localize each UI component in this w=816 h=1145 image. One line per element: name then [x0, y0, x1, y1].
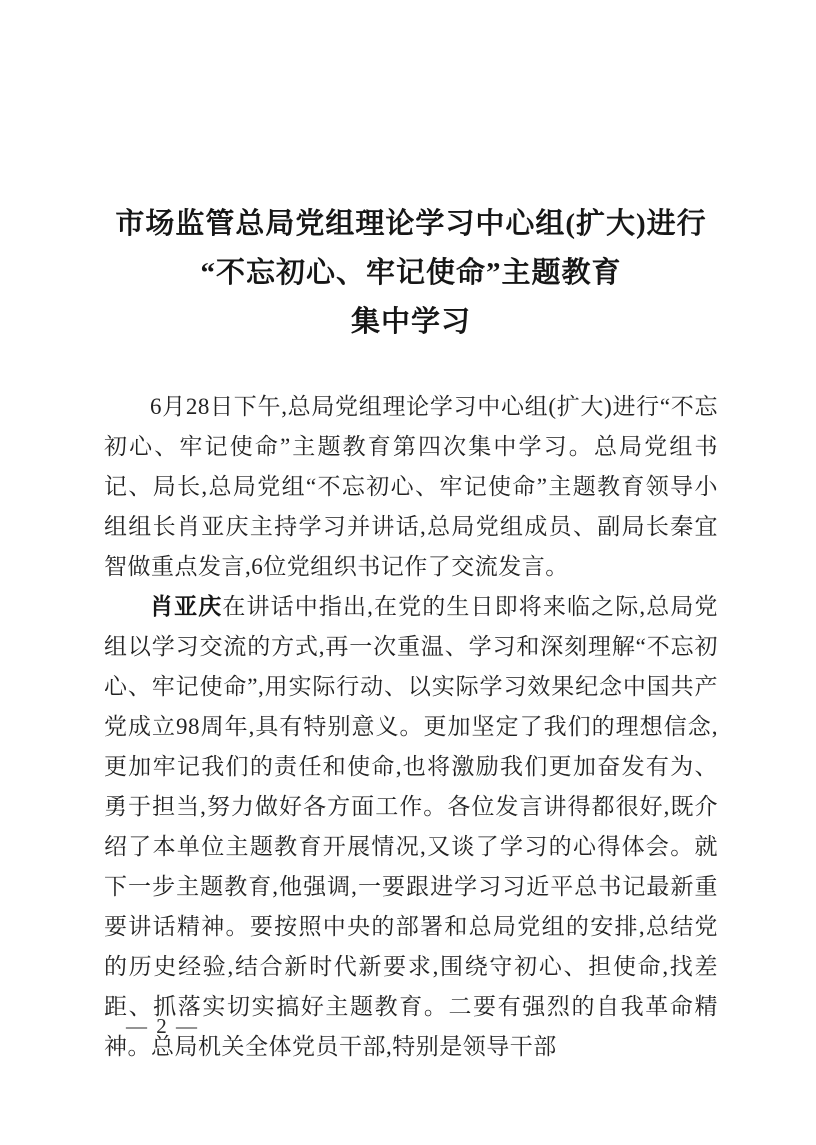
page-number: — 2 —: [126, 1014, 199, 1039]
paragraph-1: 6月28日下午,总局党组理论学习中心组(扩大)进行“不忘初心、牢记使命”主题教育…: [104, 387, 718, 587]
title-line-1: 市场监管总局党组理论学习中心组(扩大)进行: [104, 200, 718, 249]
paragraph-2: 肖亚庆在讲话中指出,在党的生日即将来临之际,总局党组以学习交流的方式,再一次重温…: [104, 587, 718, 1067]
paragraph-2-text: 在讲话中指出,在党的生日即将来临之际,总局党组以学习交流的方式,再一次重温、学习…: [104, 594, 718, 1059]
title-line-2: “不忘初心、牢记使命”主题教育: [104, 249, 718, 298]
document-title: 市场监管总局党组理论学习中心组(扩大)进行 “不忘初心、牢记使命”主题教育 集中…: [104, 200, 718, 347]
speaker-name: 肖亚庆: [150, 594, 222, 619]
document-body: 6月28日下午,总局党组理论学习中心组(扩大)进行“不忘初心、牢记使命”主题教育…: [104, 387, 718, 1067]
document-content: 市场监管总局党组理论学习中心组(扩大)进行 “不忘初心、牢记使命”主题教育 集中…: [104, 0, 718, 1067]
paragraph-1-text: 6月28日下午,总局党组理论学习中心组(扩大)进行“不忘初心、牢记使命”主题教育…: [104, 394, 718, 579]
document-page: 市场监管总局党组理论学习中心组(扩大)进行 “不忘初心、牢记使命”主题教育 集中…: [0, 0, 816, 1145]
title-line-3: 集中学习: [104, 298, 718, 347]
